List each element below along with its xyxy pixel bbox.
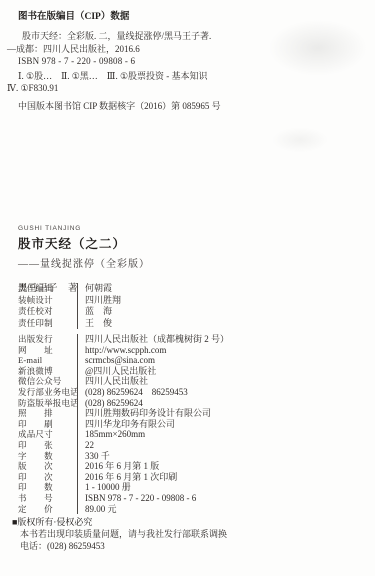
colophon-value: scrmcbs@sina.com bbox=[77, 355, 155, 366]
colophon-value: 1 - 10000 册 bbox=[77, 482, 131, 493]
table-row: 网 址 http://www.scpph.com bbox=[18, 345, 365, 356]
copyright-notice-phone: 电话：(028) 86259453 bbox=[12, 540, 227, 552]
colophon-value: 四川人民出版社 bbox=[77, 376, 148, 387]
colophon-label: 印 次 bbox=[18, 472, 77, 483]
staff-value: 何朝霞 bbox=[77, 283, 112, 295]
cip-classification-line2: Ⅳ. ①F830.91 bbox=[7, 82, 361, 94]
colophon-value: 89.00 元 bbox=[77, 504, 117, 515]
colophon-label: E-mail bbox=[18, 355, 77, 366]
colophon-label: 定 价 bbox=[18, 504, 77, 515]
colophon-label: 印 数 bbox=[18, 482, 77, 493]
colophon-label: 印 张 bbox=[18, 440, 77, 451]
colophon-value: http://www.scpph.com bbox=[77, 345, 166, 356]
table-row: 字 数 330 千 bbox=[18, 451, 365, 462]
colophon-label: 照 排 bbox=[18, 408, 77, 419]
book-title: 股市天经（之二） bbox=[18, 234, 150, 252]
copyright-page: 图书在版编目（CIP）数据 股市天经：全彩版. 二，量线捉涨停/黑马王子著. —… bbox=[0, 0, 375, 576]
colophon-label: 网 址 bbox=[18, 345, 77, 356]
cip-title-line: 股市天经：全彩版. 二，量线捉涨停/黑马王子著. bbox=[7, 30, 361, 42]
copyright-notice-heading: ■版权所有·侵权必究 bbox=[12, 516, 227, 528]
table-row: 责任印制 王 俊 bbox=[18, 318, 365, 330]
table-row: 版 次 2016 年 6 月第 1 版 bbox=[18, 461, 365, 472]
colophon-label: 成品尺寸 bbox=[18, 429, 77, 440]
cip-classification-line1: Ⅰ. ①股… Ⅱ. ①黑… Ⅲ. ①股票投资 - 基本知识 bbox=[7, 70, 361, 82]
colophon-label: 防盗版举报电话 bbox=[18, 398, 77, 409]
colophon-value: 四川人民出版社（成都槐树街 2 号） bbox=[77, 334, 229, 345]
colophon-label: 出版发行 bbox=[18, 334, 77, 345]
book-title-pinyin: GUSHI TIANJING bbox=[18, 225, 150, 232]
table-row: 装帧设计 四川胜翔 bbox=[18, 295, 365, 307]
colophon-label: 发行部业务电话 bbox=[18, 387, 77, 398]
staff-table: 责任编辑 何朝霞 装帧设计 四川胜翔 责任校对 蓝 海 责任印制 王 俊 bbox=[18, 283, 365, 329]
cip-heading: 图书在版编目（CIP）数据 bbox=[18, 11, 361, 23]
staff-label: 责任编辑 bbox=[18, 283, 77, 295]
cip-block: 图书在版编目（CIP）数据 股市天经：全彩版. 二，量线捉涨停/黑马王子著. —… bbox=[7, 11, 361, 112]
colophon-label: 微信公众号 bbox=[18, 376, 77, 387]
colophon-label: 版 次 bbox=[18, 461, 77, 472]
colophon-value: 四川华龙印务有限公司 bbox=[77, 419, 175, 430]
colophon-label: 字 数 bbox=[18, 451, 77, 462]
cip-isbn: ISBN 978 - 7 - 220 - 09808 - 6 bbox=[7, 55, 361, 67]
table-row: 照 排 四川胜翔数码印务设计有限公司 bbox=[18, 408, 365, 419]
staff-label: 装帧设计 bbox=[18, 295, 77, 307]
table-row: 定 价 89.00 元 bbox=[18, 504, 365, 515]
copyright-notice-text: 本书若出现印装质量问题，请与我社发行部联系调换 bbox=[12, 528, 227, 540]
table-row: 防盗版举报电话 (028) 86259624 bbox=[18, 398, 365, 409]
colophon-label: 印 刷 bbox=[18, 419, 77, 430]
staff-value: 蓝 海 bbox=[77, 306, 112, 318]
table-row: 成品尺寸 185mm×260mm bbox=[18, 429, 365, 440]
table-row: 出版发行 四川人民出版社（成都槐树街 2 号） bbox=[18, 334, 365, 345]
colophon-value: 22 bbox=[77, 440, 94, 451]
cip-publisher-line: —成都：四川人民出版社，2016.6 bbox=[7, 43, 361, 55]
colophon-value: (028) 86259624 bbox=[77, 398, 143, 409]
copyright-notice: ■版权所有·侵权必究 本书若出现印装质量问题，请与我社发行部联系调换 电话：(0… bbox=[12, 516, 227, 552]
staff-label: 责任印制 bbox=[18, 318, 77, 330]
book-subtitle: ——量线捉涨停（全彩版） bbox=[18, 255, 150, 270]
table-row: 印 张 22 bbox=[18, 440, 365, 451]
cip-record-number: 中国版本图书馆 CIP 数据核字（2016）第 085965 号 bbox=[18, 100, 361, 112]
colophon-value: @四川人民出版社 bbox=[77, 366, 156, 377]
colophon-value: 四川胜翔数码印务设计有限公司 bbox=[77, 408, 211, 419]
colophon-label: 书 号 bbox=[18, 493, 77, 504]
table-row: E-mail scrmcbs@sina.com bbox=[18, 355, 365, 366]
colophon-value: 2016 年 6 月第 1 版 bbox=[77, 461, 159, 472]
table-row: 印 数 1 - 10000 册 bbox=[18, 482, 365, 493]
table-row: 印 次 2016 年 6 月第 1 次印刷 bbox=[18, 472, 365, 483]
staff-value: 王 俊 bbox=[77, 318, 112, 330]
colophon-table: 出版发行 四川人民出版社（成都槐树街 2 号） 网 址 http://www.s… bbox=[18, 334, 365, 514]
colophon-value: 330 千 bbox=[77, 451, 110, 462]
table-row: 印 刷 四川华龙印务有限公司 bbox=[18, 419, 365, 430]
table-row: 微信公众号 四川人民出版社 bbox=[18, 376, 365, 387]
table-row: 责任编辑 何朝霞 bbox=[18, 283, 365, 295]
colophon-value: 2016 年 6 月第 1 次印刷 bbox=[77, 472, 177, 483]
staff-label: 责任校对 bbox=[18, 306, 77, 318]
table-row: 新浪微博 @四川人民出版社 bbox=[18, 366, 365, 377]
table-row: 责任校对 蓝 海 bbox=[18, 306, 365, 318]
colophon-value: (028) 86259624 86259453 bbox=[77, 387, 188, 398]
staff-value: 四川胜翔 bbox=[77, 295, 121, 307]
colophon-label: 新浪微博 bbox=[18, 366, 77, 377]
colophon-value: 185mm×260mm bbox=[77, 429, 145, 440]
table-row: 发行部业务电话 (028) 86259624 86259453 bbox=[18, 387, 365, 398]
table-row: 书 号 ISBN 978 - 7 - 220 - 09808 - 6 bbox=[18, 493, 365, 504]
cip-classification: Ⅰ. ①股… Ⅱ. ①黑… Ⅲ. ①股票投资 - 基本知识 Ⅳ. ①F830.9… bbox=[7, 70, 361, 95]
colophon-value: ISBN 978 - 7 - 220 - 09808 - 6 bbox=[77, 493, 196, 504]
